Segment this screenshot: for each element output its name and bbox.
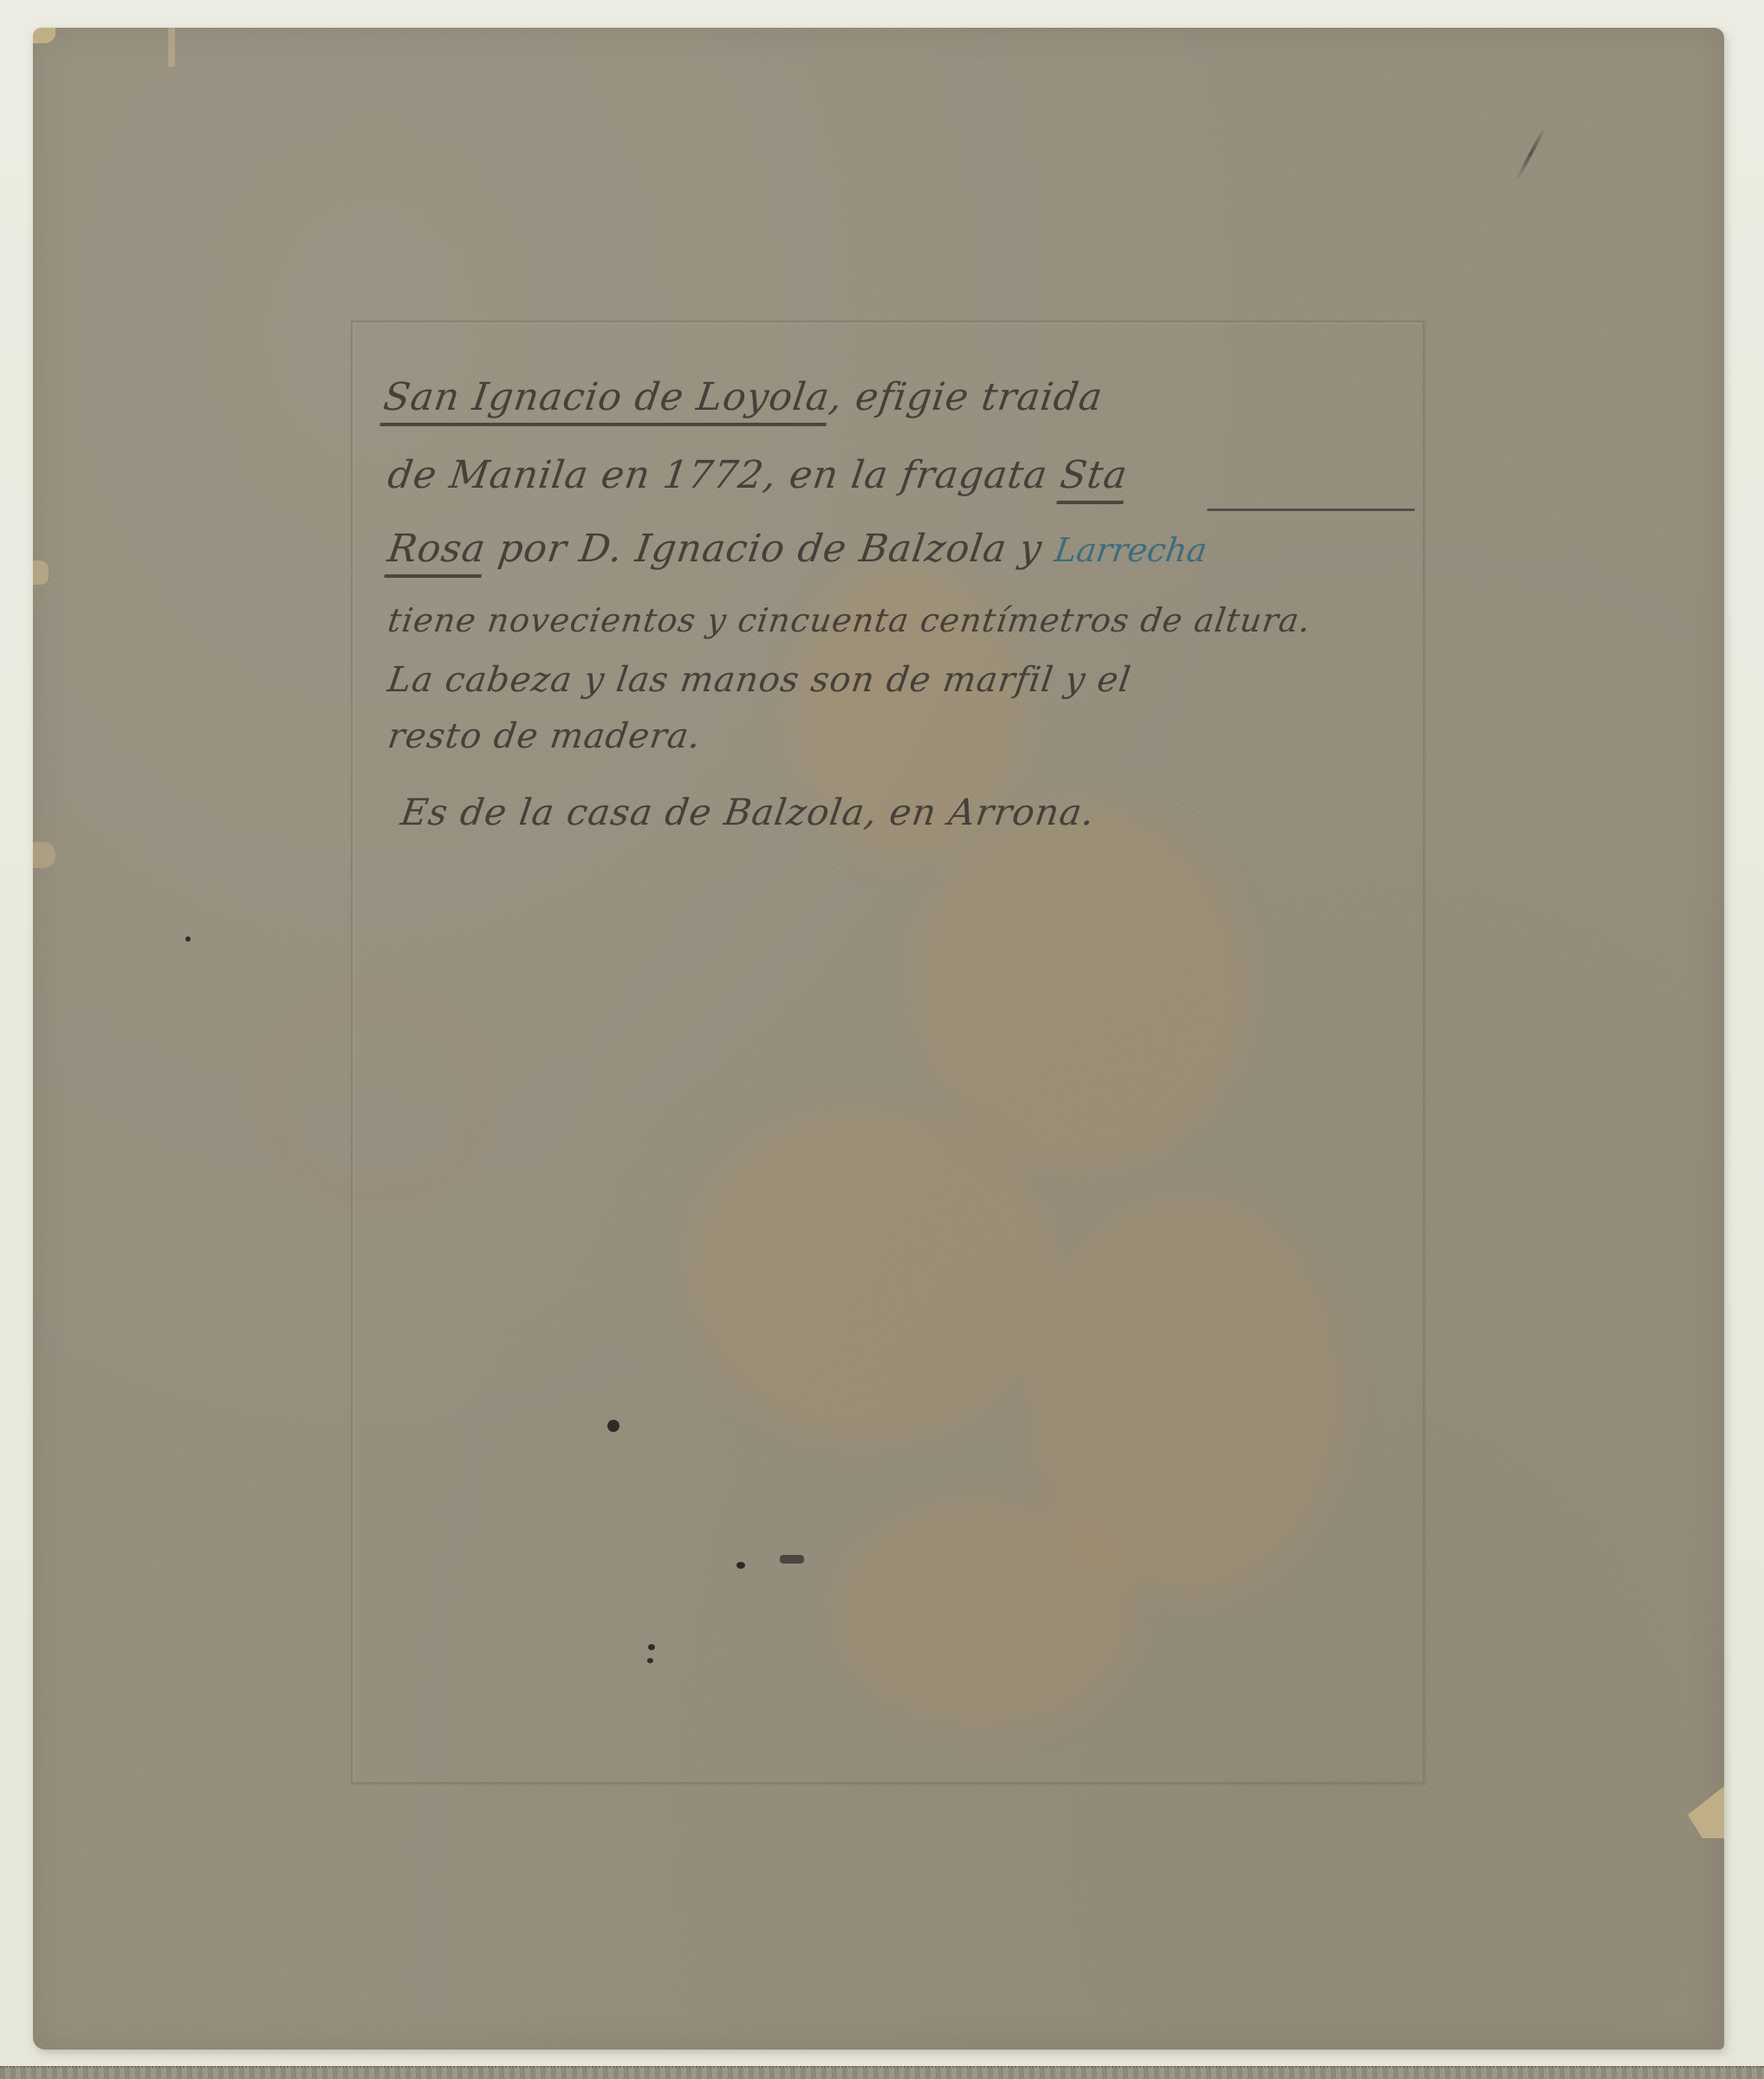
overline-stroke [1207,508,1415,511]
ship-name-underlined: Sta [1056,453,1130,504]
inscription-text: resto de madera. [386,716,704,756]
inscription-line-5: La cabeza y las manos son de marfil y el [386,663,1133,697]
edge-tear [168,28,175,67]
blue-ink-addition: Larrecha [1053,531,1210,569]
ink-speck [185,936,191,942]
inscription-line-6: resto de madera. [386,719,704,754]
inscription-line-1: San Ignacio de Loyola, efigie traida [381,379,1106,417]
edge-tear [33,842,55,868]
ship-name-underlined: Rosa [384,527,489,578]
inscription-line-7: Es de la casa de Balzola, en Arrona. [399,794,1097,831]
ink-speck [647,1658,653,1663]
inscription-line-4: tiene novecientos y cincuenta centímetro… [386,604,1313,637]
inscription-text: Es de la casa de Balzola, en Arrona. [399,791,1098,833]
edge-tear [33,560,49,585]
inscription-text: de Manila en 1772, en la fragata [385,453,1063,497]
title-underlined: San Ignacio de Loyola [379,375,833,426]
inscription-line-3: Rosa por D. Ignacio de Balzola y Larrech… [386,530,1210,568]
paper-sheet: San Ignacio de Loyola, efigie traida de … [33,28,1724,2050]
ink-speck [648,1644,655,1650]
inscription-text: La cabeza y las manos son de marfil y el [386,660,1134,700]
inscription-text: por D. Ignacio de Balzola y [483,527,1058,571]
inscription-text: tiene novecientos y cincuenta centímetro… [386,601,1313,639]
ink-speck [607,1420,619,1432]
scan-bottom-strip [0,2066,1764,2079]
ink-speck [736,1562,745,1569]
ink-speck [780,1555,804,1564]
inscription-text: , efigie traida [827,375,1106,419]
inscription-line-2: de Manila en 1772, en la fragata Sta [386,457,1130,495]
